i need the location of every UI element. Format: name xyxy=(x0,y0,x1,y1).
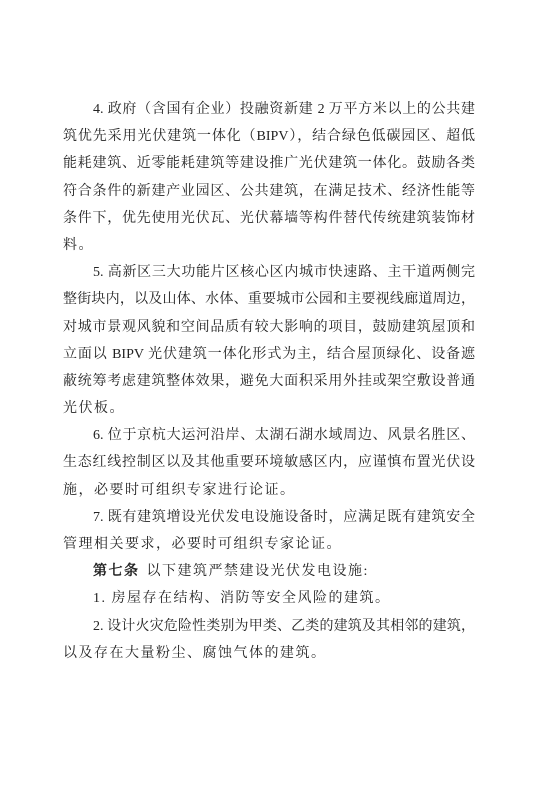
text-line: 对城市景观风貌和空间品质有较大影响的项目，鼓励建筑屋顶和 xyxy=(63,314,475,341)
text-line: 能耗建筑、近零能耗建筑等建设推广光伏建筑一体化。鼓励各类 xyxy=(63,150,475,177)
document-text-block: 4. 政府（含国有企业）投融资新建 2 万平方米以上的公共建筑优先采用光伏建筑一… xyxy=(63,96,475,667)
article-text: 以下建筑严禁建设光伏发电设施: xyxy=(147,564,369,579)
text-line: 第七条以下建筑严禁建设光伏发电设施: xyxy=(63,558,475,585)
text-line: 筑优先采用光伏建筑一体化（BIPV），结合绿色低碳园区、超低 xyxy=(63,123,475,150)
text-line: 1. 房屋存在结构、消防等安全风险的建筑。 xyxy=(63,585,475,612)
text-line: 光伏板。 xyxy=(63,395,475,422)
text-line: 条件下，优先使用光伏瓦、光伏幕墙等构件替代传统建筑装饰材 xyxy=(63,205,475,232)
text-line: 整街块内，以及山体、水体、重要城市公园和主要视线廊道周边， xyxy=(63,286,475,313)
text-line: 生态红线控制区以及其他重要环境敏感区内，应谨慎布置光伏设 xyxy=(63,449,475,476)
text-line: 2. 设计火灾危险性类别为甲类、乙类的建筑及其相邻的建筑， xyxy=(63,613,475,640)
text-line: 符合条件的新建产业园区、公共建筑，在满足技术、经济性能等 xyxy=(63,178,475,205)
text-line: 6. 位于京杭大运河沿岸、太湖石湖水域周边、风景名胜区、 xyxy=(63,422,475,449)
text-line: 7. 既有建筑增设光伏发电设施设备时，应满足既有建筑安全 xyxy=(63,504,475,531)
text-line: 施，必要时可组织专家进行论证。 xyxy=(63,477,475,504)
text-line: 料。 xyxy=(63,232,475,259)
text-line: 立面以 BIPV 光伏建筑一体化形式为主，结合屋顶绿化、设备遮 xyxy=(63,341,475,368)
document-page: 4. 政府（含国有企业）投融资新建 2 万平方米以上的公共建筑优先采用光伏建筑一… xyxy=(0,0,560,791)
text-line: 管理相关要求，必要时可组织专家论证。 xyxy=(63,531,475,558)
text-line: 4. 政府（含国有企业）投融资新建 2 万平方米以上的公共建 xyxy=(63,96,475,123)
text-line: 以及存在大量粉尘、腐蚀气体的建筑。 xyxy=(63,640,475,667)
text-line: 蔽统筹考虑建筑整体效果，避免大面积采用外挂或架空敷设普通 xyxy=(63,368,475,395)
text-line: 5. 高新区三大功能片区核心区内城市快速路、主干道两侧完 xyxy=(63,259,475,286)
article-number-label: 第七条 xyxy=(93,564,140,579)
